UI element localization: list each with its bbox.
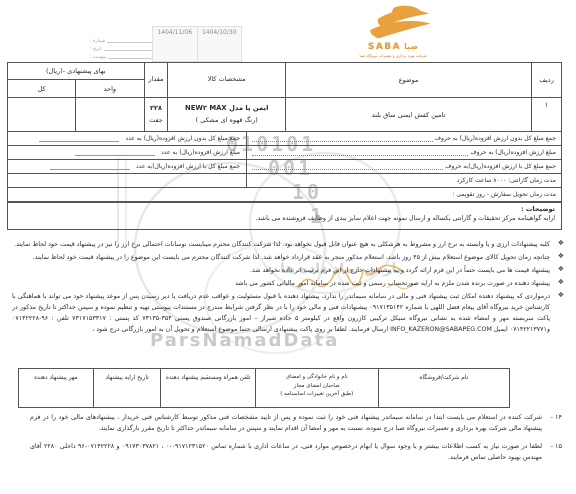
item-qty: ۲۲۸ جفت (144, 98, 168, 131)
dotted-leader (252, 163, 443, 170)
diamond-bullet-icon: ❖ (550, 291, 564, 335)
note-text: شرکت کننده در استعلام می بایست ابتدا در … (30, 412, 542, 434)
diamond-bullet-icon: ❖ (550, 252, 564, 263)
amount-row-vat: مبلغ ارزش افزوده(ریال) به حروف مبلغ ارزش… (8, 146, 561, 160)
dash-leader (75, 149, 155, 156)
note-number: ۱۴ - (542, 412, 562, 434)
date-cell-right: 1404/10/30 (198, 27, 242, 61)
diamond-bullet-icon: ❖ (550, 278, 564, 289)
dash-leader (50, 163, 130, 170)
condition-text: پیشنهاد قیمت ها می بایست حتماً در این فر… (12, 265, 550, 276)
list-item: ❖ پیشنهاد دهنده در صورت برنده شدن ملزم ب… (12, 278, 564, 289)
inquiry-table: ردیف موضوع مشخصات کالا مقدار بهای پیشنها… (7, 62, 562, 230)
delivery-text: مدت زمان تحویل سفارش - روز تقویمی : (8, 188, 561, 201)
dotted-leader (252, 135, 433, 142)
table-header-row: ردیف موضوع مشخصات کالا مقدار بهای پیشنها… (8, 63, 561, 98)
phone-cell: تلفن همراه ومستقیم پیشنهاد دهنده (160, 369, 255, 407)
item-price-cells (8, 98, 144, 131)
amount-no-vat-figures-label: جمع مبلغ کل بدون ارزش افزوده(ریال) به عد… (125, 135, 240, 142)
vat-words-label: مبلغ ارزش افزوده(ریال) به حروف (470, 149, 556, 156)
warranty-empty-cell (8, 174, 246, 187)
dash-leader (39, 135, 119, 142)
date-label: تاریخ : (90, 47, 102, 52)
list-item: ❖ درمواردی که پیشنهاد دهنده امکان ثبت پی… (12, 291, 564, 335)
item-specs: ایمن پا مدل NEW۲ MAX (رنگ قهوه ای مشکی ) (167, 98, 285, 131)
company-name-cell: نام شرکت/فروشگاه (378, 369, 509, 407)
item-radif: ۱ (531, 98, 561, 131)
condition-text: کلیه پیشنهادات ارزی و یا وابسته به نرخ ا… (12, 239, 550, 250)
item-subject: تامین کفش ایمنی ساق بلند (285, 98, 531, 131)
saba-logo: SABA صبا شرکت بهره برداری و تعمیرات نیرو… (330, 4, 456, 58)
logo-name-fa: صبا (404, 42, 418, 51)
amount-with-vat-figures-label: جمع مبلغ کل با ارزش افزوده(ریال)به عدد (136, 163, 240, 170)
header-price-group: بهای پیشنهادی -(ریال) واحد کل (8, 63, 144, 97)
header-specs: مشخصات کالا (167, 63, 285, 97)
stamp-cell: مهر پیشنهاد دهنده (19, 369, 93, 407)
list-item: ❖ کلیه پیشنهادات ارزی و یا وابسته به نرخ… (12, 239, 564, 250)
number-label: شماره : (90, 39, 105, 44)
condition-text: درمواردی که پیشنهاد دهنده امکان ثبت پیشن… (12, 291, 550, 335)
date-table: 1404/11/06 1404/10/30 (152, 26, 242, 62)
header-qty: مقدار (144, 63, 168, 97)
note-15: ۱۵ - لطفا در صورت نیاز به کسب اطلاعات بی… (30, 441, 562, 463)
numbered-notes: ۱۴ - شرکت کننده در استعلام می بایست ابتد… (30, 412, 562, 470)
item-qty-unit: جفت (149, 115, 163, 126)
diamond-bullet-icon: ❖ (550, 239, 564, 250)
item-specs-color: (رنگ قهوه ای مشکی ) (196, 115, 258, 126)
header-price: بهای پیشنهادی -(ریال) (8, 63, 144, 80)
delivery-row: مدت زمان تحویل سفارش - روز تقویمی : (8, 188, 561, 202)
signatory-cell: نام و نام خانوادگی و امضای صاحبان امضای … (255, 369, 378, 407)
amount-row-with-vat: جمع مبلغ کل با ارزش افزوده(ریال)به حروف … (8, 160, 561, 174)
dotted-leader (252, 149, 468, 156)
logo-name-en: SABA (368, 42, 401, 52)
item-total-price (8, 98, 75, 131)
offer-date-cell: تاریخ ارایه پیشنهاد (93, 369, 161, 407)
amount-no-vat-words-label: جمع مبلغ کل بدون ارزش افزوده(ریال) به حر… (435, 135, 556, 142)
date-cell-left: 1404/11/06 (153, 27, 198, 61)
document-page: 010101 001 10 1 پارس نماد داده ها ParsNa… (0, 0, 576, 494)
note-14: ۱۴ - شرکت کننده در استعلام می بایست ابتد… (30, 412, 562, 434)
header-subject: موضوع (285, 63, 531, 97)
attachment-label: پیوست : (90, 55, 106, 60)
item-unit-price (75, 98, 143, 131)
condition-text: چنانچه زمان تحویل کالای موضوع استعلام بی… (12, 252, 550, 263)
vat-figures-label: مبلغ ارزش افزوده(ریال) به عدد (161, 149, 240, 156)
signature-table: نام شرکت/فروشگاه نام و نام خانوادگی و ام… (18, 368, 510, 408)
list-item: ❖ چنانچه زمان تحویل کالای موضوع استعلام … (12, 252, 564, 263)
notes-text: ارایه گواهینامه مرکز تحقیقات و گارانتی ی… (14, 215, 555, 222)
amount-row-no-vat: جمع مبلغ کل بدون ارزش افزوده(ریال) به حر… (8, 132, 561, 146)
amount-with-vat-words-label: جمع مبلغ کل با ارزش افزوده(ریال)به حروف (445, 163, 556, 170)
header-unit: واحد (75, 80, 143, 97)
header-total: کل (8, 80, 75, 97)
item-row: ۱ تامین کفش ایمنی ساق بلند ایمن پا مدل N… (8, 98, 561, 132)
warranty-text: مدت زمان گارانتی: ۸۰۰۰ ساعت کارکرد (246, 174, 561, 187)
warranty-row: مدت زمان گارانتی: ۸۰۰۰ ساعت کارکرد (8, 174, 561, 188)
logo-tagline: شرکت بهره برداری و تعمیرات نیروگاه صبا (330, 53, 456, 58)
notes-box: توضیحات : ارایه گواهینامه مرکز تحقیقات و… (7, 202, 562, 230)
condition-text: پیشنهاد دهنده در صورت برنده شدن ملزم به … (12, 278, 550, 289)
note-number: ۱۵ - (542, 441, 562, 463)
item-specs-model: ایمن پا مدل NEW۲ MAX (185, 103, 268, 115)
header-radif: ردیف (531, 63, 561, 97)
list-item: ❖ پیشنهاد قیمت ها می بایست حتماً در این … (12, 265, 564, 276)
saba-swoosh-icon (333, 4, 453, 40)
diamond-bullet-icon: ❖ (550, 265, 564, 276)
note-text: لطفا در صورت نیاز به کسب اطلاعات بیشتر و… (30, 441, 542, 463)
item-qty-value: ۲۲۸ (150, 103, 162, 114)
conditions-list: ❖ کلیه پیشنهادات ارزی و یا وابسته به نرخ… (12, 239, 564, 337)
notes-title: توضیحات : (14, 205, 555, 213)
